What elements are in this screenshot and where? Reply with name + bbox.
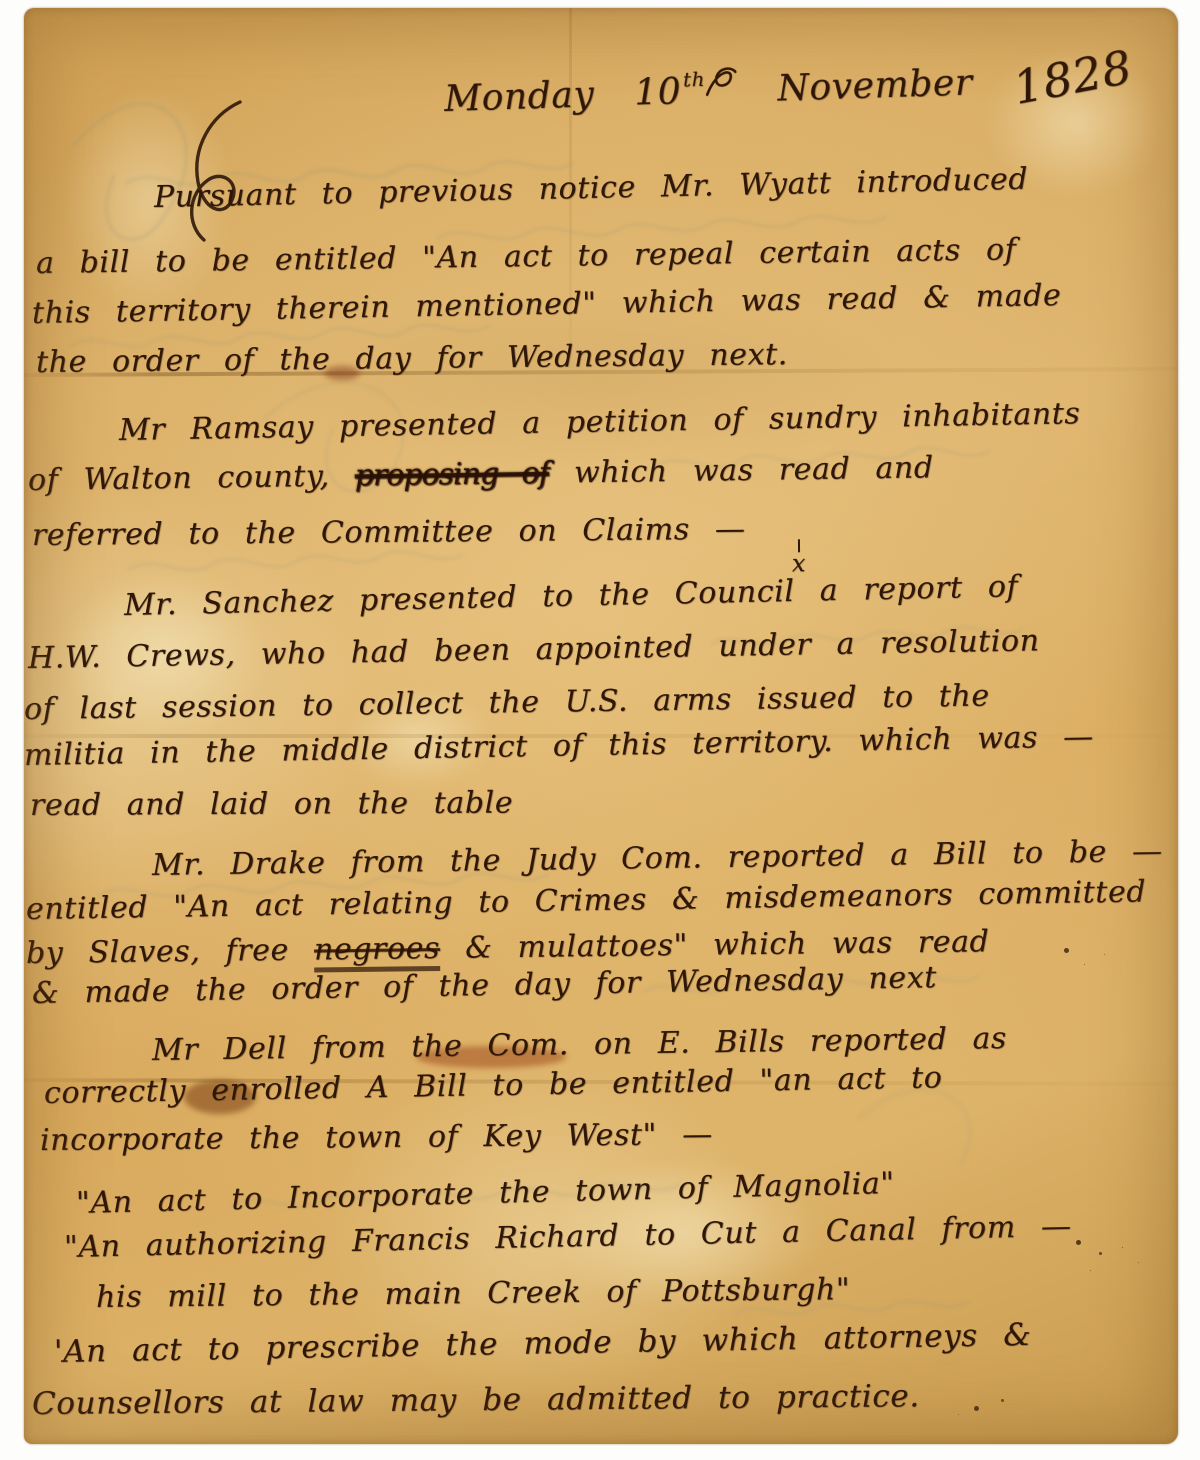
insertion-caret: x	[792, 539, 806, 573]
pen-flourish-icon	[152, 96, 272, 246]
manuscript-line: Mr Ramsay presented a petition of sundry…	[119, 396, 1081, 448]
date-heading: Monday 10th November 1828	[443, 44, 1132, 120]
manuscript-line: correctly enrolled A Bill to be entitled…	[44, 1060, 943, 1111]
manuscript-line: referred to the Committee on Claims —x	[32, 511, 806, 580]
manuscript-page: Monday 10th November 1828 Pursuant to pr…	[24, 8, 1178, 1444]
ink-spatter	[1064, 948, 1069, 953]
ink-spatter	[974, 1406, 979, 1411]
manuscript-line: a bill to be entitled "An act to repeal …	[36, 232, 1017, 281]
manuscript-line: of Walton county, proposing of which was…	[28, 450, 934, 498]
manuscript-line: militia in the middle district of this t…	[24, 719, 1094, 773]
pen-swash-icon	[703, 64, 738, 101]
manuscript-line: 'An act to prescribe the mode by which a…	[54, 1317, 1032, 1370]
manuscript-line: Counsellors at law may be admitted to pr…	[32, 1378, 920, 1422]
scan-background: { "document_kind": "handwritten legislat…	[0, 0, 1200, 1460]
struck-word: negroes	[314, 931, 441, 973]
manuscript-line: Pursuant to previous notice Mr. Wyatt in…	[154, 162, 1029, 215]
crossed-out-word: proposing of	[355, 456, 550, 494]
month: November	[777, 62, 974, 109]
manuscript-line: incorporate the town of Key West" —	[40, 1117, 713, 1158]
weekday: Monday	[444, 74, 595, 120]
manuscript-line: this territory therein mentioned" which …	[32, 278, 1062, 331]
manuscript-line: H.W. Crews, who had been appointed under…	[28, 623, 1040, 676]
manuscript-line: his mill to the main Creek of Pottsburgh…	[96, 1272, 851, 1315]
day-number: 10th	[634, 70, 738, 114]
ink-spatter	[1076, 1240, 1081, 1245]
year: 1828	[1008, 40, 1135, 115]
manuscript-line: "An act to Incorporate the town of Magno…	[76, 1166, 896, 1221]
manuscript-line: of last session to collect the U.S. arms…	[24, 679, 990, 727]
manuscript-line: read and laid on the table	[30, 785, 513, 823]
manuscript-line: the order of the day for Wednesday next.	[36, 337, 788, 380]
